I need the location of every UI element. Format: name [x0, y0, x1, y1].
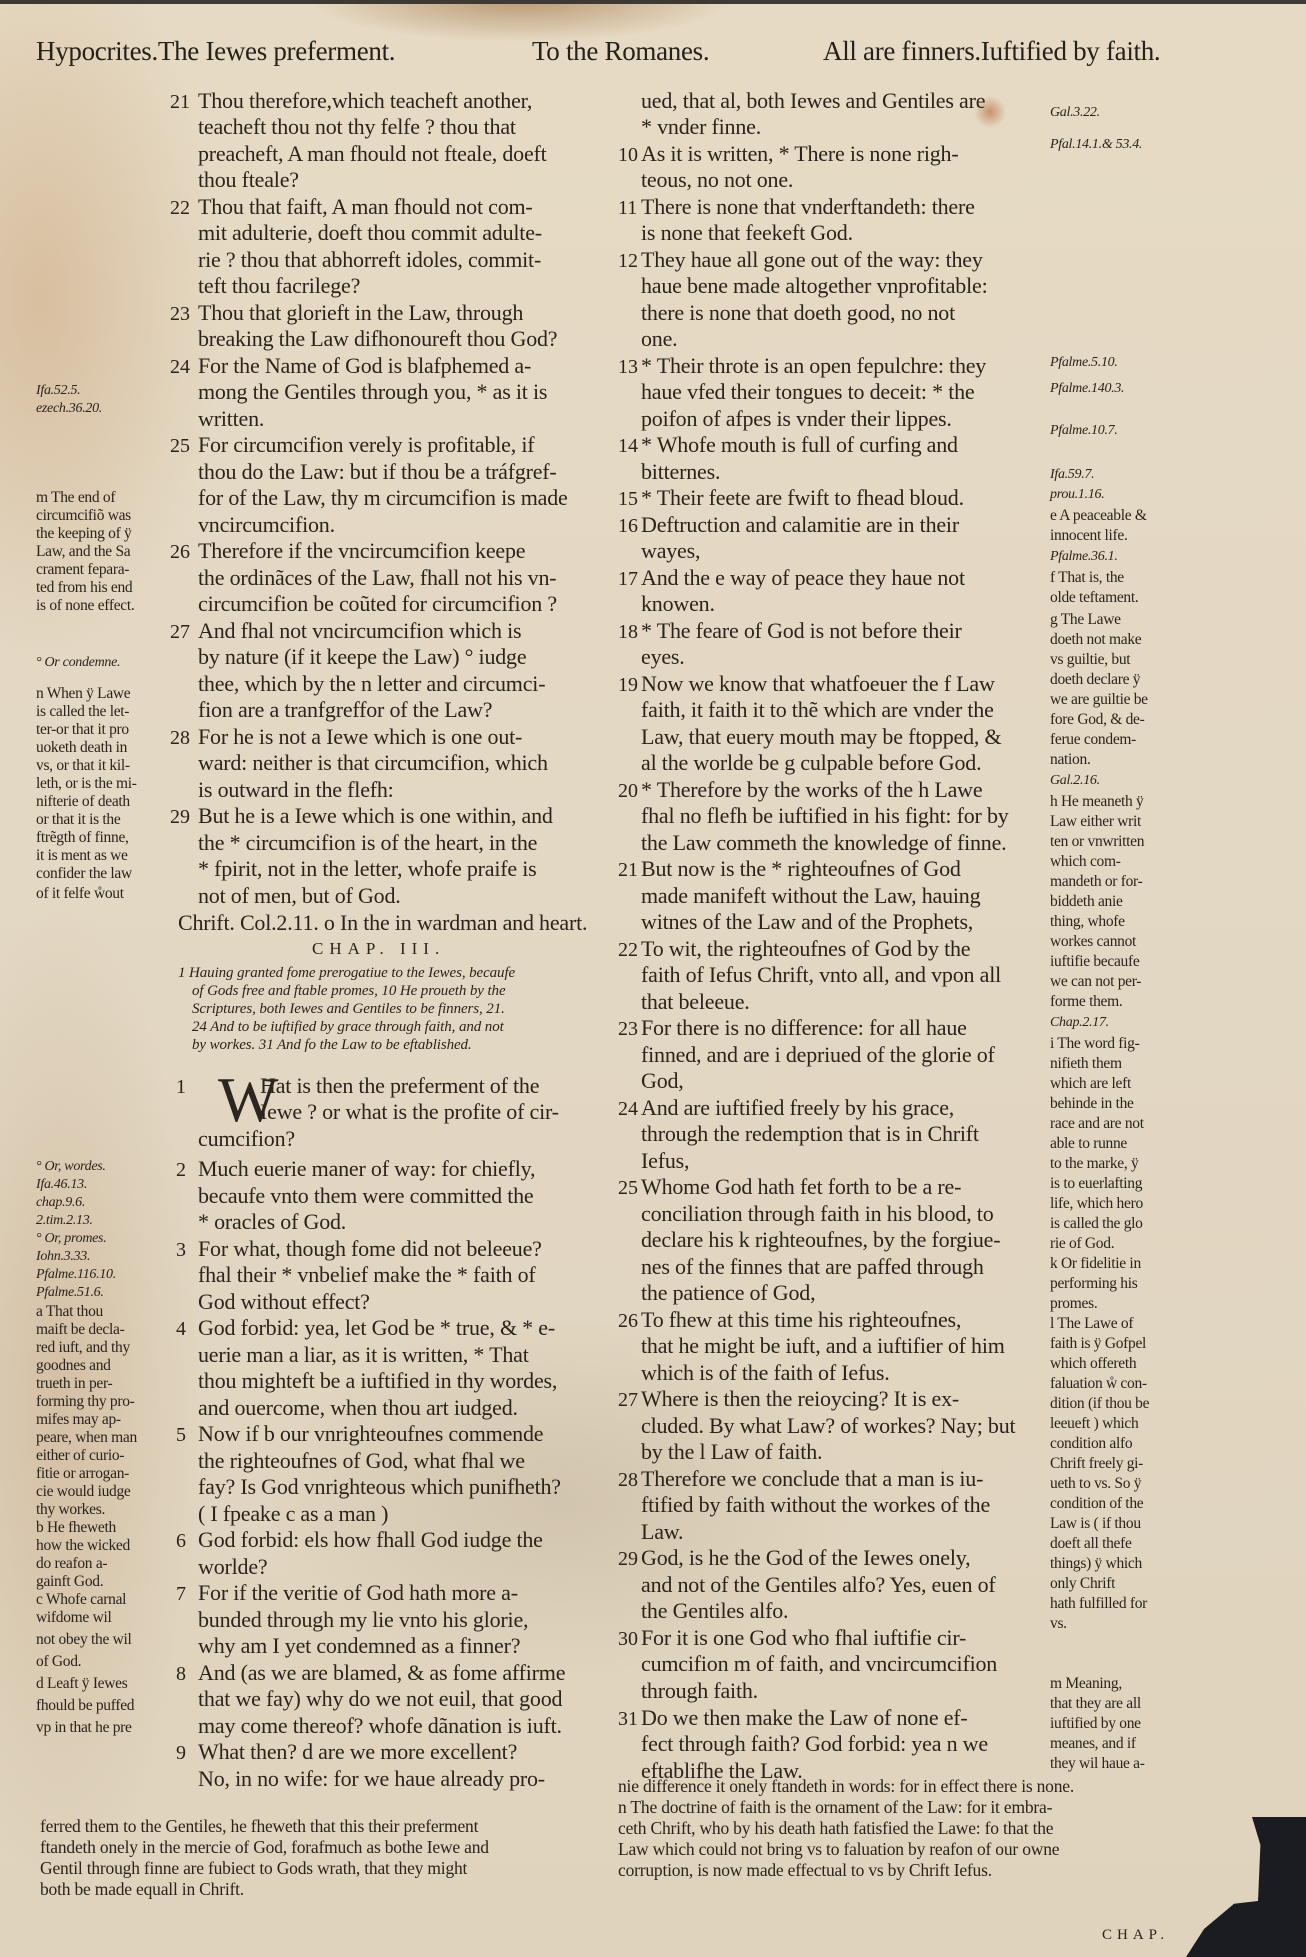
margin-note: condition alfo [1050, 1436, 1132, 1452]
right-verse-line: conciliation through faith in his blood,… [641, 1203, 994, 1225]
margin-note: ° Or, promes. [36, 1232, 106, 1246]
right-verse-line: poifon of afpes is vnder their lippes. [641, 408, 952, 430]
ch3-verse-number: 6 [176, 1531, 186, 1551]
right-verse-line: Law, that euery mouth may be ftopped, & [641, 726, 1001, 748]
left-verse-line: But he is a Iewe which is one within, an… [198, 805, 553, 827]
margin-note: doeth not make [1050, 632, 1141, 648]
right-verse-line: And are iuftified freely by his grace, [641, 1097, 954, 1119]
right-verse-line: * vnder finne. [641, 116, 761, 138]
margin-note: is called the let- [36, 704, 129, 720]
margin-note: they wil haue a- [1050, 1756, 1145, 1772]
right-verse-line: haue bene made altogether vnprofitable: [641, 275, 988, 297]
right-verse-number: 18 [618, 622, 638, 642]
right-verse-line: the Law commeth the knowledge of finne. [641, 832, 1006, 854]
right-verse-line: Now we know that whatfoeuer the f Law [641, 673, 995, 695]
margin-note: iuftifie becaufe [1050, 954, 1139, 970]
left-verse-line: Thou therefore,which teacheft another, [198, 90, 532, 112]
ch3-verse-line: ( I fpeake c as a man ) [198, 1503, 388, 1525]
right-verse-line: God, [641, 1070, 684, 1092]
margin-note: Pfalme.10.7. [1050, 424, 1118, 438]
right-verse-line: knowen. [641, 593, 715, 615]
ch3-verse-number: 3 [176, 1240, 186, 1260]
right-verse-number: 10 [618, 145, 638, 165]
argument-line: of Gods free and ftable promes, 10 He pr… [192, 984, 506, 999]
margin-note: we can not per- [1050, 974, 1141, 990]
margin-note: innocent life. [1050, 528, 1128, 544]
right-verse-line: al the worlde be g culpable before God. [641, 752, 981, 774]
margin-note: Ifa.46.13. [36, 1178, 87, 1192]
margin-note: performing his [1050, 1276, 1138, 1292]
margin-note: ter-or that it pro [36, 722, 129, 738]
margin-note: d Leaft ÿ Iewes [36, 1676, 127, 1692]
margin-note: which offereth [1050, 1356, 1136, 1372]
margin-note: doeft all thefe [1050, 1536, 1132, 1552]
book-page: Hypocrites.The Iewes preferment. To the … [0, 0, 1306, 1957]
left-verse-number: 29 [170, 807, 190, 827]
left-verse-line: teft thou facrilege? [198, 275, 360, 297]
right-verse-line: one. [641, 328, 677, 350]
right-verse-line: And the e way of peace they haue not [641, 567, 965, 589]
margin-note: gainft God. [36, 1574, 103, 1590]
margin-note: hath fulfilled for [1050, 1596, 1147, 1612]
right-verse-number: 30 [618, 1629, 638, 1649]
right-verse-line: made manifeft without the Law, hauing [641, 885, 980, 907]
margin-note: or that it is the [36, 812, 120, 828]
margin-note: olde teftament. [1050, 590, 1138, 606]
left-verse-line: thou fteale? [198, 169, 299, 191]
chapter-heading: CHAP. III. [312, 940, 445, 957]
left-verse-line: mong the Gentiles through you, * as it i… [198, 381, 547, 403]
margin-note: c Whofe carnal [36, 1592, 126, 1608]
left-verse-line: And fhal not vncircumcifion which is [198, 620, 521, 642]
footnote-line: n The doctrine of faith is the ornament … [618, 1799, 1052, 1817]
margin-note: ezech.36.20. [36, 402, 102, 416]
margin-note: ftrẽgth of finne, [36, 830, 129, 846]
margin-note: m Meaning, [1050, 1676, 1122, 1692]
right-verse-number: 25 [618, 1178, 638, 1198]
margin-note: fitie or arrogan- [36, 1466, 129, 1482]
margin-note: ° Or, wordes. [36, 1160, 106, 1174]
right-verse-line: fhal no flefh be iuftified in his fight:… [641, 805, 1009, 827]
ch3-verse-number: 2 [176, 1160, 186, 1180]
left-verse-line: teacheft thou not thy felfe ? thou that [198, 116, 516, 138]
right-verse-number: 14 [618, 436, 638, 456]
footnote-line: nie difference it onely ftandeth in word… [618, 1778, 1074, 1796]
margin-note: meanes, and if [1050, 1736, 1136, 1752]
right-verse-line: Where is then the reioycing? It is ex- [641, 1388, 959, 1410]
left-verse-number: 23 [170, 304, 190, 324]
catchword: CHAP. [1102, 1928, 1169, 1943]
right-verse-line: that beleeue. [641, 991, 750, 1013]
right-verse-line: witnes of the Law and of the Prophets, [641, 911, 973, 933]
argument-line: 1 Hauing granted fome prerogatiue to the… [178, 966, 515, 981]
right-verse-number: 17 [618, 569, 638, 589]
right-verse-line: bitternes. [641, 461, 720, 483]
right-verse-line: Law. [641, 1521, 683, 1543]
ch3-verse-line: becaufe vnto them were committed the [198, 1185, 534, 1207]
margin-note: ferue condem- [1050, 732, 1136, 748]
margin-note: nifieth them [1050, 1056, 1122, 1072]
right-verse-line: God, is he the God of the Iewes onely, [641, 1547, 970, 1569]
right-verse-number: 29 [618, 1549, 638, 1569]
left-verse-line: Therefore if the vncircumcifion keepe [198, 540, 525, 562]
margin-note: able to runne [1050, 1136, 1127, 1152]
right-verse-number: 13 [618, 357, 638, 377]
margin-note: promes. [1050, 1296, 1097, 1312]
margin-note: e A peaceable & [1050, 508, 1147, 524]
right-verse-line: that he might be iuft, and a iuftifier o… [641, 1335, 1005, 1357]
running-head-left: Hypocrites.The Iewes preferment. [36, 38, 395, 65]
left-verse-line: not of men, but of God. [198, 885, 401, 907]
right-verse-line: finned, and are i depriued of the glorie… [641, 1044, 995, 1066]
margin-note: m The end of [36, 490, 115, 506]
margin-note: red iuft, and thy [36, 1340, 130, 1356]
running-head-right: All are finners.Iuftified by faith. [823, 38, 1160, 65]
margin-note: race and are not [1050, 1116, 1144, 1132]
right-verse-number: 20 [618, 781, 638, 801]
margin-note: dition (if thou be [1050, 1396, 1149, 1412]
right-verse-line: nes of the finnes that are paffed throug… [641, 1256, 984, 1278]
margin-note: faluation ẘ con- [1050, 1376, 1147, 1392]
margin-note: ° Or condemne. [36, 656, 120, 670]
right-verse-line: ftified by faith without the workes of t… [641, 1494, 990, 1516]
margin-note: confider the law [36, 866, 132, 882]
margin-note: ueth to vs. So ÿ [1050, 1476, 1141, 1492]
ch3-verse-number: 9 [176, 1743, 186, 1763]
margin-note: peare, when man [36, 1430, 137, 1446]
margin-note: fore God, & de- [1050, 712, 1145, 728]
left-verse-line: * fpirit, not in the letter, whofe praif… [198, 858, 537, 880]
margin-note: which com- [1050, 854, 1121, 870]
ch3-verse-line: God forbid: yea, let God be * true, & * … [198, 1317, 555, 1339]
margin-note: Ifa.59.7. [1050, 468, 1094, 482]
right-verse-line: cumcifion m of faith, and vncircumcifion [641, 1653, 997, 1675]
ch3-verse-number: 1 [176, 1077, 186, 1097]
margin-note: i The word fig- [1050, 1036, 1139, 1052]
ch3-verse-number: 4 [176, 1319, 186, 1339]
running-head-center: To the Romanes. [532, 38, 709, 65]
margin-note: Ifa.52.5. [36, 384, 80, 398]
footnote-line: ferred them to the Gentiles, he fheweth … [40, 1818, 478, 1836]
right-verse-line: fect through faith? God forbid: yea n we [641, 1733, 988, 1755]
ch3-verse-line: And (as we are blamed, & as fome affirme [198, 1662, 565, 1684]
right-verse-line: haue vfed their tongues to deceit: * the [641, 381, 975, 403]
margin-note: Pfalme.140.3. [1050, 382, 1124, 396]
margin-note: cie would iudge [36, 1484, 131, 1500]
footnote-line: Law which could not bring vs to faluatio… [618, 1841, 1059, 1859]
ch3-verse-line: cumcifion? [198, 1128, 295, 1150]
margin-note: is to euerlafting [1050, 1176, 1142, 1192]
footnote-line: both be made equall in Chrift. [40, 1881, 244, 1899]
margin-note: Law is ( if thou [1050, 1516, 1141, 1532]
left-verse-line: the ordinãces of the Law, fhall not his … [198, 567, 556, 589]
right-verse-line: For there is no difference: for all haue [641, 1017, 967, 1039]
margin-note: goodnes and [36, 1358, 111, 1374]
margin-note: Iohn.3.33. [36, 1250, 90, 1264]
margin-note: Gal.3.22. [1050, 106, 1100, 120]
margin-note: Pfalme.116.10. [36, 1268, 116, 1282]
right-verse-line: declare his k righteoufnes, by the forgi… [641, 1229, 1000, 1251]
margin-note: mifes may ap- [36, 1412, 121, 1428]
right-verse-number: 22 [618, 940, 638, 960]
margin-note: workes cannot [1050, 934, 1136, 950]
margin-note: not obey the wil [36, 1632, 132, 1648]
margin-note: faith is ÿ Gofpel [1050, 1336, 1146, 1352]
right-verse-line: wayes, [641, 540, 700, 562]
ch3-verse-line: Now if b our vnrighteoufnes commende [198, 1423, 543, 1445]
margin-note: biddeth anie [1050, 894, 1123, 910]
ch3-verse-line: For if the veritie of God hath more a- [198, 1582, 518, 1604]
left-verse-number: 25 [170, 436, 190, 456]
margin-note: Pfalme.51.6. [36, 1286, 104, 1300]
right-verse-line: * The feare of God is not before their [641, 620, 962, 642]
left-verse-line: For he is not a Iewe which is one out- [198, 726, 522, 748]
margin-note: maift be decla- [36, 1322, 124, 1338]
margin-note: f That is, the [1050, 570, 1124, 586]
right-verse-number: 16 [618, 516, 638, 536]
margin-note: n When ÿ Lawe [36, 686, 130, 702]
ch3-verse-line: worlde? [198, 1556, 267, 1578]
ch3-verse-number: 5 [176, 1425, 186, 1445]
left-verse-line: circumcifion be coũted for circumcifion … [198, 593, 557, 615]
margin-note: forme them. [1050, 994, 1122, 1010]
left-verse-number: 27 [170, 622, 190, 642]
right-verse-number: 26 [618, 1311, 638, 1331]
left-verse-line: thou do the Law: but if thou be a tráfgr… [198, 461, 557, 483]
margin-note: Law, and the Sa [36, 544, 130, 560]
margin-note: vs guiltie, but [1050, 652, 1130, 668]
margin-note: of God. [36, 1654, 81, 1670]
right-verse-number: 12 [618, 251, 638, 271]
left-verse-line: Thou that glorieft in the Law, through [198, 302, 523, 324]
right-verse-line: But now is the * righteoufnes of God [641, 858, 961, 880]
right-verse-line: * Whofe mouth is full of curfing and [641, 434, 958, 456]
left-verse-line: thee, which by the n letter and circumci… [198, 673, 545, 695]
margin-note: uoketh death in [36, 740, 127, 756]
ch3-verse-line: may come thereof? whofe dãnation is iuft… [198, 1715, 562, 1737]
margin-note: Chap.2.17. [1050, 1016, 1109, 1030]
margin-note: life, which hero [1050, 1196, 1143, 1212]
margin-note: nifterie of death [36, 794, 130, 810]
ch3-verse-line: uerie man a liar, as it is written, * Th… [198, 1344, 529, 1366]
right-verse-line: is none that feekeft God. [641, 222, 853, 244]
right-verse-line: They haue all gone out of the way: they [641, 249, 983, 271]
ch3-verse-line: No, in no wife: for we haue already pro- [198, 1768, 545, 1790]
right-verse-line: which is of the faith of Iefus. [641, 1362, 890, 1384]
margin-note: forming thy pro- [36, 1394, 135, 1410]
left-verse-line: For the Name of God is blafphemed a- [198, 355, 531, 377]
margin-note: b He fheweth [36, 1520, 116, 1536]
right-verse-line: Therefore we conclude that a man is iu- [641, 1468, 983, 1490]
argument-line: by workes. 31 And fo the Law to be eftab… [192, 1038, 472, 1053]
margin-note: is of none effect. [36, 598, 134, 614]
ch3-verse-line: What then? d are we more excellent? [198, 1741, 517, 1763]
closing-line-ch2: Chrift. Col.2.11. o In the in wardman an… [178, 912, 587, 934]
margin-note: a That thou [36, 1304, 103, 1320]
left-verse-line: by nature (if it keepe the Law) ° iudge [198, 646, 526, 668]
ch3-verse-line: why am I yet condemned as a finner? [198, 1635, 520, 1657]
margin-note: leth, or is the mi- [36, 776, 137, 792]
page-top-edge [0, 0, 1306, 4]
right-verse-line: As it is written, * There is none righ- [641, 143, 958, 165]
right-verse-number: 19 [618, 675, 638, 695]
right-verse-line: there is none that doeth good, no not [641, 302, 955, 324]
footnote-line: ftandeth onely in the mercie of God, for… [40, 1839, 489, 1857]
ch3-verse-line: and ouercome, when thou art iudged. [198, 1397, 518, 1419]
right-verse-line: * Their throte is an open fepulchre: the… [641, 355, 986, 377]
margin-note: leeueft ) which [1050, 1416, 1138, 1432]
right-verse-line: eyes. [641, 646, 685, 668]
right-verse-line: There is none that vnderftandeth: there [641, 196, 975, 218]
left-verse-number: 26 [170, 542, 190, 562]
right-verse-line: Deftruction and calamitie are in their [641, 514, 959, 536]
margin-note: fhould be puffed [36, 1698, 134, 1714]
ch3-verse-line: thou mighteft be a iuftified in thy word… [198, 1370, 557, 1392]
margin-note: trueth in per- [36, 1376, 112, 1392]
right-verse-line: through the redemption that is in Chrift [641, 1123, 979, 1145]
ch3-verse-line: the righteoufnes of God, what fhal we [198, 1450, 525, 1472]
right-verse-number: 24 [618, 1099, 638, 1119]
ch3-verse-line: fhal their * vnbelief make the * faith o… [198, 1264, 536, 1286]
ch3-verse-number: 8 [176, 1664, 186, 1684]
ch3-verse-number: 7 [176, 1584, 186, 1604]
margin-note: behinde in the [1050, 1096, 1134, 1112]
right-verse-line: through faith. [641, 1680, 758, 1702]
margin-note: it is ment as we [36, 848, 128, 864]
left-verse-line: Thou that faift, A man fhould not com- [198, 196, 533, 218]
left-verse-line: rie ? thou that abhorreft idoles, commit… [198, 249, 541, 271]
right-verse-number: 11 [618, 198, 637, 218]
right-verse-line: Do we then make the Law of none ef- [641, 1707, 968, 1729]
ch3-verse-line: Much euerie maner of way: for chiefly, [198, 1158, 535, 1180]
margin-note: crament fepara- [36, 562, 129, 578]
margin-note: either of curio- [36, 1448, 124, 1464]
margin-note: we are guiltie be [1050, 692, 1148, 708]
margin-note: thy workes. [36, 1502, 105, 1518]
margin-note: ten or vnwritten [1050, 834, 1144, 850]
ch3-verse-line: * oracles of God. [198, 1211, 346, 1233]
left-verse-line: vncircumcifion. [198, 514, 335, 536]
margin-note: that they are all [1050, 1696, 1141, 1712]
footnote-line: corruption, is now made effectual to vs … [618, 1862, 992, 1880]
margin-note: the keeping of ÿ [36, 526, 132, 542]
left-verse-line: preacheft, A man fhould not fteale, doef… [198, 143, 547, 165]
margin-note: vs. [1050, 1616, 1067, 1632]
ch3-verse-line: Hat is then the preferment of the [260, 1075, 539, 1097]
margin-note: g The Lawe [1050, 612, 1121, 628]
margin-note: doeth declare ÿ [1050, 672, 1140, 688]
margin-note: circumcifiõ was [36, 508, 131, 524]
ch3-verse-line: God forbid: els how fhall God iudge the [198, 1529, 543, 1551]
right-verse-line: Iefus, [641, 1150, 689, 1172]
margin-note: prou.1.16. [1050, 488, 1104, 502]
margin-note: iuftified by one [1050, 1716, 1141, 1732]
margin-note: of it felfe ẘout [36, 886, 124, 902]
footnote-line: ceth Chrift, who by his death hath fatis… [618, 1820, 1053, 1838]
margin-note: ted from his end [36, 580, 132, 596]
right-verse-line: ued, that al, both Iewes and Gentiles ar… [641, 90, 985, 112]
ch3-verse-line: God without effect? [198, 1291, 370, 1313]
left-verse-line: For circumcifion verely is profitable, i… [198, 434, 534, 456]
margin-note: Law either writ [1050, 814, 1141, 830]
ch3-verse-line: bunded through my lie vnto his glorie, [198, 1609, 528, 1631]
right-verse-line: by the l Law of faith. [641, 1441, 822, 1463]
margin-note: condition of the [1050, 1496, 1143, 1512]
left-verse-number: 22 [170, 198, 190, 218]
ch3-verse-line: that we fay) why do we not euil, that go… [198, 1688, 562, 1710]
margin-note: how the wicked [36, 1538, 130, 1554]
margin-note: which are left [1050, 1076, 1131, 1092]
footnote-line: Gentil through finne are fubiect to Gods… [40, 1860, 467, 1878]
margin-note: Gal.2.16. [1050, 774, 1100, 788]
margin-note: h He meaneth ÿ [1050, 794, 1144, 810]
margin-note: Pfal.14.1.& 53.4. [1050, 138, 1142, 152]
ch3-verse-line: For what, though fome did not beleeue? [198, 1238, 542, 1260]
right-verse-number: 27 [618, 1390, 638, 1410]
margin-note: chap.9.6. [36, 1196, 85, 1210]
argument-line: Scriptures, both Iewes and Gentiles to b… [192, 1002, 505, 1017]
margin-note: thing, whofe [1050, 914, 1125, 930]
left-verse-line: the * circumcifion is of the heart, in t… [198, 832, 537, 854]
margin-note: 2.tim.2.13. [36, 1214, 93, 1228]
margin-note: things) ÿ which [1050, 1556, 1142, 1572]
margin-note: k Or fidelitie in [1050, 1256, 1141, 1272]
margin-note: nation. [1050, 752, 1091, 768]
right-verse-line: * Therefore by the works of the h Lawe [641, 779, 982, 801]
left-verse-line: ward: neither is that circumcifion, whic… [198, 752, 548, 774]
ch3-verse-line: Iewe ? or what is the profite of cir- [260, 1101, 559, 1123]
right-verse-line: teous, no not one. [641, 169, 793, 191]
right-verse-number: 15 [618, 489, 638, 509]
right-verse-number: 31 [618, 1709, 638, 1729]
left-verse-line: for of the Law, thy m circumcifion is ma… [198, 487, 568, 509]
right-verse-number: 23 [618, 1019, 638, 1039]
right-verse-line: and not of the Gentiles alfo? Yes, euen … [641, 1574, 996, 1596]
right-verse-line: For it is one God who fhal iuftifie cir- [641, 1627, 966, 1649]
margin-note: l The Lawe of [1050, 1316, 1133, 1332]
margin-note: Pfalme.36.1. [1050, 550, 1118, 564]
right-verse-line: * Their feete are fwift to fhead bloud. [641, 487, 964, 509]
right-verse-line: cluded. By what Law? of workes? Nay; but [641, 1415, 1015, 1437]
right-verse-number: 21 [618, 860, 638, 880]
right-verse-line: faith of Iefus Chrift, vnto all, and vpo… [641, 964, 1001, 986]
margin-note: vp in that he pre [36, 1720, 132, 1736]
argument-line: 24 And to be iuftified by grace through … [192, 1020, 504, 1035]
ch3-verse-line: fay? Is God vnrighteous which punifheth? [198, 1476, 561, 1498]
right-verse-line: the Gentiles alfo. [641, 1600, 788, 1622]
left-verse-line: is outward in the flefh: [198, 779, 394, 801]
left-verse-line: mit adulterie, doeft thou commit adulte- [198, 222, 542, 244]
margin-note: is called the glo [1050, 1216, 1143, 1232]
margin-note: do reafon a- [36, 1556, 107, 1572]
torn-corner [1186, 1817, 1306, 1957]
margin-note: rie of God. [1050, 1236, 1114, 1252]
margin-note: Chrift freely gi- [1050, 1456, 1143, 1472]
left-verse-number: 24 [170, 357, 190, 377]
left-verse-line: written. [198, 408, 264, 430]
margin-note: Pfalme.5.10. [1050, 356, 1118, 370]
left-verse-line: fion are a tranfgreffor of the Law? [198, 699, 492, 721]
right-verse-number: 28 [618, 1470, 638, 1490]
left-verse-number: 21 [170, 92, 190, 112]
right-verse-line: the patience of God, [641, 1282, 815, 1304]
margin-note: vs, or that it kil- [36, 758, 130, 774]
margin-note: to the marke, ÿ [1050, 1156, 1138, 1172]
right-verse-line: To fhew at this time his righteoufnes, [641, 1309, 961, 1331]
margin-note: only Chrift [1050, 1576, 1115, 1592]
right-verse-line: Whome God hath fet forth to be a re- [641, 1176, 961, 1198]
margin-note: mandeth or for- [1050, 874, 1142, 890]
